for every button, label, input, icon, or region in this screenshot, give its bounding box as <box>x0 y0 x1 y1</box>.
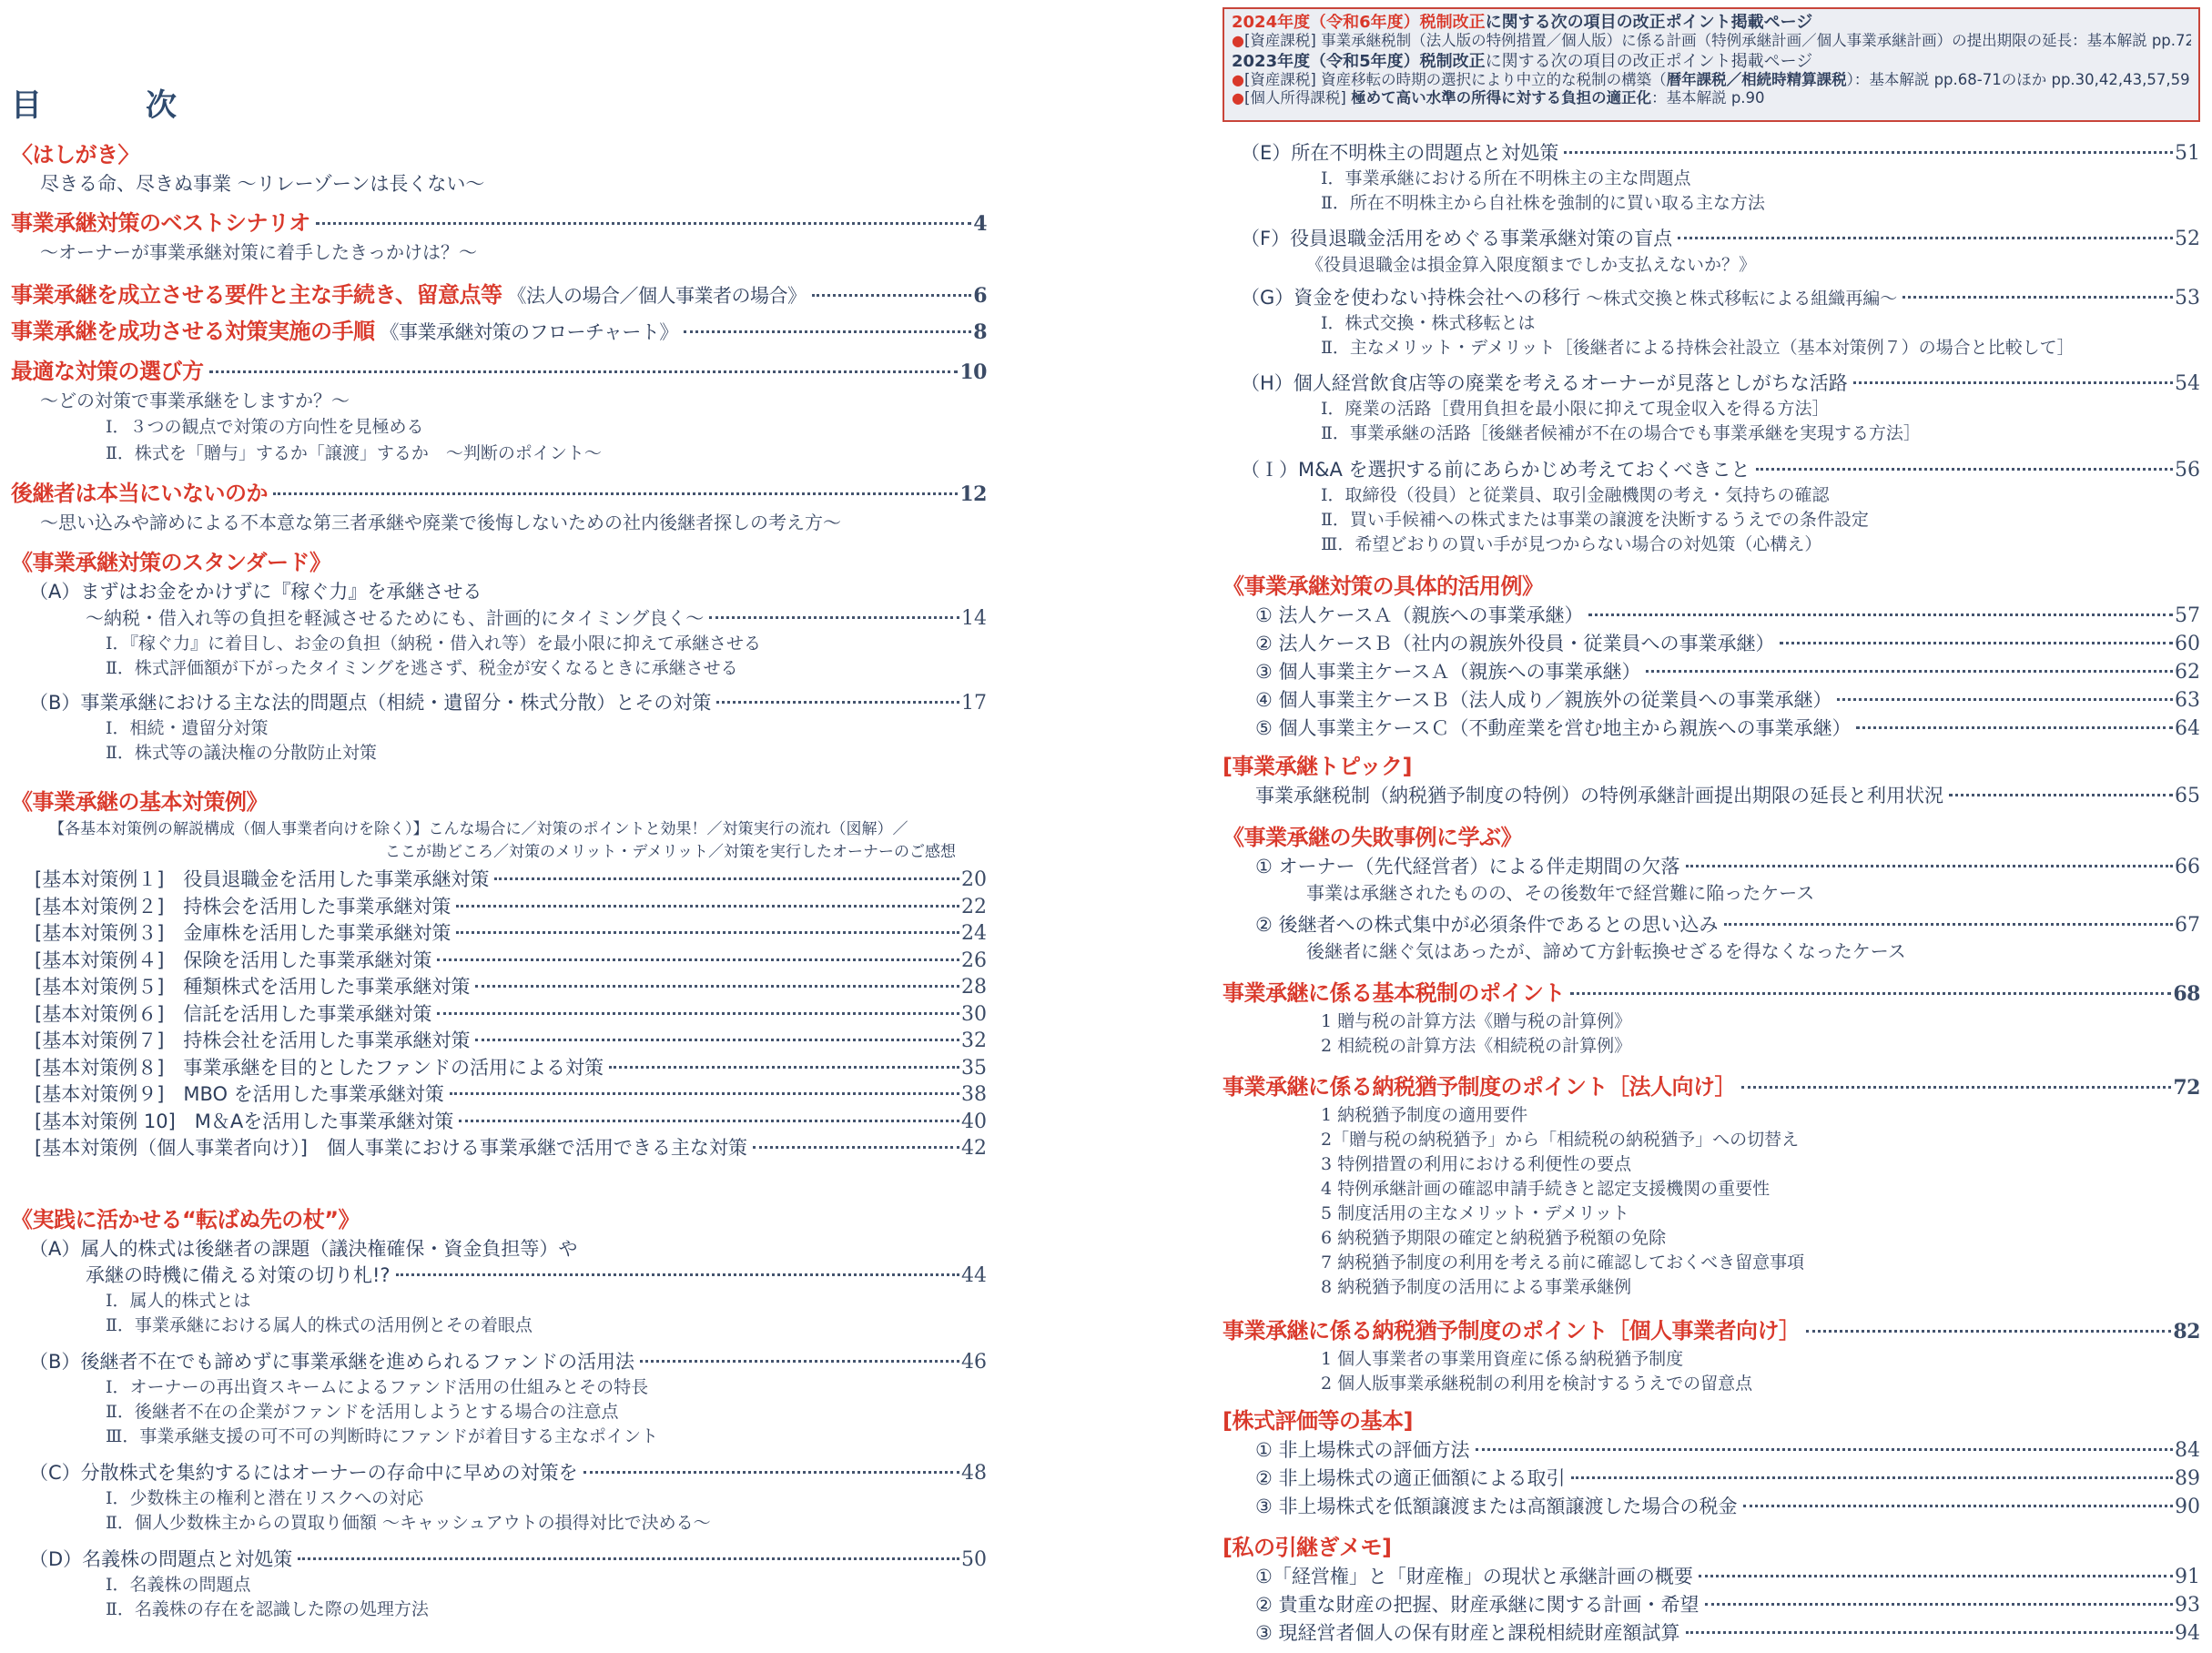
section-requirements: 事業承継を成立させる要件と主な手続き、留意点等《法人の場合／個人事業者の場合》 … <box>11 279 987 311</box>
sub-item: Ⅱ．株式等の議決権の分散防止対策 <box>11 741 987 766</box>
notice-2023-item: ●[資産課税] 資産移転の時期の選択により中立的な税制の構築（暦年課税／相続時精… <box>1232 71 2191 89</box>
page-number: 62 <box>2175 659 2200 685</box>
section-standard: 《事業承継対策のスタンダード》 （A）まずはお金をかけずに『稼ぐ力』を承継させる… <box>11 546 987 766</box>
sub-item: Ⅰ．株式交換・株式移転とは <box>1223 311 2200 336</box>
sub-item: Ⅱ．所在不明株主から自社株を強制的に買い取る主な方法 <box>1223 191 2200 216</box>
section-heading: 《事業承継の基本対策例》 <box>11 786 987 818</box>
toc-entry[interactable]: [基本対策例２] 持株会を活用した事業承継対策22 <box>11 894 987 921</box>
sub-item: Ⅰ．『稼ぐ力』に着目し、お金の負担（納税・借入れ等）を最小限に抑えて承継させる <box>11 632 987 656</box>
toc-entry[interactable]: 承継の時機に備える対策の切り札!? 44 <box>11 1263 987 1289</box>
toc-entry[interactable]: [基本対策例９] MBO を活用した事業承継対策38 <box>11 1081 987 1109</box>
sub-item: Ⅱ．名義株の存在を認識した際の処理方法 <box>11 1597 987 1622</box>
page-number: 28 <box>961 974 987 1000</box>
page-number: 35 <box>961 1055 987 1081</box>
structure-note: 【各基本対策例の解説構成（個人事業者向けを除く）】こんな場合に／対策のポイントと… <box>11 818 987 841</box>
page-number: 94 <box>2175 1620 2200 1647</box>
dot-leader <box>1743 1505 2174 1507</box>
page-number: 65 <box>2175 783 2200 809</box>
toc-entry[interactable]: [基本対策例（個人事業者向け）] 個人事業における事業承継で活用できる主な対策4… <box>11 1135 987 1162</box>
page-number: 93 <box>2175 1592 2200 1618</box>
section-topic: [事業承継トピック] 事業承継税制（納税猶予制度の特例）の特例承継計画提出期限の… <box>1223 750 2200 809</box>
toc-entry[interactable]: ①「経営権」と「財産権」の現状と承継計画の概要91 <box>1223 1564 2200 1592</box>
page-number: 42 <box>961 1135 987 1161</box>
section-valuation: [株式評価等の基本] ① 非上場株式の評価方法84 ② 非上場株式の適正価額によ… <box>1223 1405 2200 1522</box>
tax-reform-notice-box: 2024年度（令和6年度）税制改正に関する次の項目の改正ポイント掲載ページ ●[… <box>1223 7 2200 122</box>
page-number: 56 <box>2175 457 2200 483</box>
sub-item: 2「贈与税の納税猶予」から「相続税の納税猶予」への切替え <box>1223 1128 2200 1152</box>
page-number: 63 <box>2175 687 2200 714</box>
dot-leader <box>1686 865 2174 867</box>
bullet-icon: ● <box>1232 89 1244 106</box>
page-number: 6 <box>973 279 987 312</box>
sub-item: Ⅰ．３つの観点で対策の方向性を見極める <box>11 414 987 441</box>
sub-item: Ⅰ．名義株の問題点 <box>11 1573 987 1597</box>
toc-entry[interactable]: ① 非上場株式の評価方法84 <box>1223 1437 2200 1465</box>
toc-entry-label: （A）属人的株式は後継者の課題（議決権確保・資金負担等）や <box>11 1236 987 1263</box>
dot-leader <box>709 616 959 619</box>
dot-leader <box>475 1039 959 1041</box>
dot-leader <box>609 1066 959 1069</box>
section-best-scenario: 事業承継対策のベストシナリオ 4 ～オーナーが事業承継対策に着手したきっかけは？… <box>11 207 987 266</box>
toc-entry[interactable]: 事業承継対策のベストシナリオ 4 <box>11 207 987 239</box>
section-preface: 〈はしがき〉 尽きる命、尽きぬ事業 ～リレーゾーンは長くない～ <box>11 138 987 198</box>
section-choose: 最適な対策の選び方 10 ～どの対策で事業承継をしますか？～ Ⅰ．３つの観点で対… <box>11 355 987 467</box>
bullet-icon: ● <box>1232 32 1244 49</box>
toc-entry[interactable]: ① 法人ケースＡ（親族への事業承継）57 <box>1223 603 2200 631</box>
page-number: 22 <box>961 894 987 920</box>
section-heading: 《実践に活かせる“転ばぬ先の杖”》 <box>11 1203 987 1236</box>
dot-leader <box>437 958 959 961</box>
page-number: 68 <box>2173 978 2200 1010</box>
section-deferral-corporate: 事業承継に係る納税猶予制度のポイント［法人向け］72 1 納税猶予制度の適用要件… <box>1223 1070 2200 1300</box>
section-failure: 《事業承継の失敗事例に学ぶ》 ① オーナー（先代経営者）による伴走期間の欠落66… <box>1223 821 2200 965</box>
section-memo: [私の引継ぎメモ] ①「経営権」と「財産権」の現状と承継計画の概要91 ② 貴重… <box>1223 1531 2200 1648</box>
page-number: 17 <box>961 690 987 716</box>
toc-entry[interactable]: [基本対策例７] 持株会社を活用した事業承継対策32 <box>11 1028 987 1055</box>
section-deferral-individual: 事業承継に係る納税猶予制度のポイント［個人事業者向け］82 1 個人事業者の事業… <box>1223 1314 2200 1396</box>
page-number: 50 <box>961 1547 987 1573</box>
dot-leader <box>1686 1631 2174 1634</box>
dot-leader <box>1853 381 2173 384</box>
dot-leader <box>437 1012 959 1015</box>
dot-leader <box>812 294 972 297</box>
toc-entry[interactable]: [基本対策例５] 種類株式を活用した事業承継対策28 <box>11 974 987 1001</box>
page-number: 82 <box>2173 1315 2200 1348</box>
preface-link[interactable]: 〈はしがき〉 <box>11 138 987 171</box>
page-number: 67 <box>2175 912 2200 938</box>
sub-item: 1 個人事業者の事業用資産に係る納税猶予制度 <box>1223 1347 2200 1372</box>
structure-note: ここが勘どころ／対策のメリット・デメリット／対策を実行したオーナーのご感想 <box>11 841 987 864</box>
dot-leader <box>316 222 971 225</box>
dot-leader <box>583 1471 959 1474</box>
toc-entry[interactable]: [基本対策例８] 事業承継を目的としたファンドの活用による対策35 <box>11 1055 987 1082</box>
dot-leader <box>494 877 959 880</box>
dot-leader <box>1646 670 2173 673</box>
dot-leader <box>1856 726 2173 729</box>
sub-item: Ⅱ．個人少数株主からの買取り価額 ～キャッシュアウトの損得対比で決める～ <box>11 1511 987 1536</box>
toc-entry[interactable]: ③ 非上場株式を低額譲渡または高額譲渡した場合の税金90 <box>1223 1494 2200 1522</box>
page-number: 53 <box>2175 285 2200 311</box>
dot-leader <box>1705 1603 2174 1606</box>
section-successor: 後継者は本当にいないのか 12 ～思い込みや諦めによる不本意な第三者承継や廃業で… <box>11 477 987 536</box>
page-number: 10 <box>959 356 987 389</box>
dot-leader <box>475 985 959 988</box>
toc-entry[interactable]: （Ｉ）M&A を選択する前にあらかじめ考えておくべきこと56 <box>1223 457 2200 483</box>
sub-item: 4 特例承継計画の確認申請手続きと認定支援機関の重要性 <box>1223 1177 2200 1202</box>
section-heading: 《事業承継対策のスタンダード》 <box>11 546 987 579</box>
dot-leader <box>209 370 959 373</box>
toc-entry[interactable]: 最適な対策の選び方 10 <box>11 355 987 388</box>
dot-leader <box>1564 151 2173 154</box>
section-cases: 《事業承継対策の具体的活用例》 ① 法人ケースＡ（親族への事業承継）57 ② 法… <box>1223 570 2200 744</box>
dot-leader <box>716 701 959 704</box>
basic-example-list: [基本対策例１] 役員退職金を活用した事業承継対策20 [基本対策例２] 持株会… <box>11 867 987 1162</box>
page-number: 32 <box>961 1028 987 1054</box>
page-number: 44 <box>961 1263 987 1289</box>
section-g: （G）資金を使わない持株会社への移行～株式交換と株式移転による組織再編～53 Ⅰ… <box>1223 285 2200 360</box>
page-number: 64 <box>2175 715 2200 742</box>
page-number: 91 <box>2175 1564 2200 1590</box>
page-number: 52 <box>2175 226 2200 252</box>
toc-entry[interactable]: 後継者は本当にいないのか 12 <box>11 477 987 510</box>
page-number: 26 <box>961 948 987 974</box>
toc-entry[interactable]: [基本対策例６] 信託を活用した事業承継対策30 <box>11 1001 987 1029</box>
sub-item: 6 納税猶予期限の確定と納税猶予税額の免除 <box>1223 1226 2200 1251</box>
page-number: 8 <box>973 316 987 349</box>
toc-entry[interactable]: ⑤ 個人事業主ケースＣ（不動産業を営む地主から親族への事業承継）64 <box>1223 715 2200 744</box>
sub-item: 2 相続税の計算方法《相続税の計算例》 <box>1223 1034 2200 1059</box>
sub-item: Ⅰ．相続・遺留分対策 <box>11 716 987 741</box>
section-heading: 《事業承継の失敗事例に学ぶ》 <box>1223 821 2200 854</box>
dot-leader <box>1476 1448 2173 1451</box>
sub-item: Ⅱ．株式を「贈与」するか「譲渡」するか ～判断のポイント～ <box>11 441 987 467</box>
sub-item: Ⅰ．属人的株式とは <box>11 1289 987 1313</box>
section-procedure: 事業承継を成功させる対策実施の手順《事業承継対策のフローチャート》 8 <box>11 315 987 348</box>
sub-item: 5 制度活用の主なメリット・デメリット <box>1223 1202 2200 1226</box>
page-number: 54 <box>2175 370 2200 397</box>
section-e: （E）所在不明株主の問題点と対処策51 Ⅰ．事業承継における所在不明株主の主な問… <box>1223 140 2200 216</box>
page-number: 46 <box>961 1349 987 1375</box>
toc-entry[interactable]: （D）名義株の問題点と対処策 50 <box>11 1547 987 1573</box>
dot-leader <box>1678 237 2173 239</box>
section-heading: [株式評価等の基本] <box>1223 1405 2200 1437</box>
page-number: 24 <box>961 920 987 947</box>
toc-entry[interactable]: 事業承継を成立させる要件と主な手続き、留意点等《法人の場合／個人事業者の場合》 … <box>11 279 987 311</box>
page-number: 66 <box>2175 854 2200 880</box>
page-number: 40 <box>961 1109 987 1135</box>
sub-item: Ⅱ．買い手候補への株式または事業の譲渡を決断するうえでの条件設定 <box>1223 508 2200 532</box>
sub-item: 8 納税猶予制度の活用による事業承継例 <box>1223 1275 2200 1300</box>
page-number: 20 <box>961 867 987 893</box>
sub-item: Ⅱ．後継者不在の企業がファンドを活用しようとする場合の注意点 <box>11 1400 987 1425</box>
section-tax-basic: 事業承継に係る基本税制のポイント68 1 贈与税の計算方法《贈与税の計算例》 2… <box>1223 977 2200 1059</box>
dot-leader <box>1837 698 2173 701</box>
toc-entry[interactable]: （H）個人経営飲食店等の廃業を考えるオーナーが見落としがちな活路54 <box>1223 370 2200 397</box>
page-number: 84 <box>2175 1437 2200 1464</box>
page-number: 90 <box>2175 1494 2200 1520</box>
section-f: （F）役員退職金活用をめぐる事業承継対策の盲点52 《役員退職金は損金算入限度額… <box>1223 226 2200 279</box>
page-number: 14 <box>961 605 987 632</box>
dot-leader <box>1949 794 2173 796</box>
notice-2024-item: ●[資産課税] 事業承継税制（法人版の特例措置／個人版）に係る計画（特例承継計画… <box>1232 32 2191 50</box>
sub-item: 7 納税猶予制度の利用を考える前に確認しておくべき留意事項 <box>1223 1251 2200 1275</box>
toc-entry[interactable]: ② 貴重な財産の把握、財産承継に関する計画・希望93 <box>1223 1592 2200 1620</box>
sub-item: Ⅲ．事業承継支援の可不可の判断時にファンドが着目する主なポイント <box>11 1425 987 1449</box>
dot-leader <box>459 1120 959 1122</box>
sub-item: Ⅰ．廃業の活路［費用負担を最小限に抑えて現金収入を得る方法］ <box>1223 397 2200 421</box>
sub-item: Ⅰ．事業承継における所在不明株主の主な問題点 <box>1223 167 2200 191</box>
toc-entry[interactable]: 事業承継に係る納税猶予制度のポイント［個人事業者向け］82 <box>1223 1314 2200 1347</box>
toc-entry[interactable]: ～納税・借入れ等の負担を軽減させるためにも、計画的にタイミング良く～ 14 <box>11 605 987 632</box>
toc-entry[interactable]: [基本対策例４] 保険を活用した事業承継対策26 <box>11 948 987 975</box>
page-number: 38 <box>961 1081 987 1108</box>
sub-item: Ⅰ．取締役（役員）と従業員、取引金融機関の考え・気持ちの確認 <box>1223 483 2200 508</box>
dot-leader <box>753 1146 959 1149</box>
dot-leader <box>298 1557 959 1560</box>
toc-entry[interactable]: ④ 個人事業主ケースＢ（法人成り／親族外の従業員への事業承継）63 <box>1223 687 2200 715</box>
toc-entry[interactable]: （B）後継者不在でも諦めずに事業承継を進められるファンドの活用法 46 <box>11 1349 987 1375</box>
dot-leader <box>1780 642 2173 644</box>
sub-item: 2 個人版事業承継税制の利用を検討するうえでの留意点 <box>1223 1372 2200 1396</box>
toc-entry[interactable]: （E）所在不明株主の問題点と対処策51 <box>1223 140 2200 167</box>
section-i: （Ｉ）M&A を選択する前にあらかじめ考えておくべきこと56 Ⅰ．取締役（役員）… <box>1223 457 2200 557</box>
sub-item: Ⅲ．希望どおりの買い手が見つからない場合の対処策（心構え） <box>1223 532 2200 557</box>
dot-leader <box>396 1273 959 1276</box>
toc-entry[interactable]: ③ 個人事業主ケースＡ（親族への事業承継）62 <box>1223 659 2200 687</box>
toc-entry[interactable]: （C）分散株式を集約するにはオーナーの存命中に早めの対策を 48 <box>11 1460 987 1486</box>
dot-leader <box>1806 1330 2172 1333</box>
dot-leader <box>450 1092 959 1095</box>
toc-entry[interactable]: 事業承継に係る基本税制のポイント68 <box>1223 977 2200 1009</box>
sub-item: Ⅱ．主なメリット・デメリット［後継者による持株会社設立（基本対策例７）の場合と比… <box>1223 336 2200 360</box>
toc-entry[interactable]: ③ 現経営者個人の保有財産と課税相続財産額試算94 <box>1223 1620 2200 1648</box>
toc-entry[interactable]: ① オーナー（先代経営者）による伴走期間の欠落66 <box>1223 854 2200 880</box>
section-h: （H）個人経営飲食店等の廃業を考えるオーナーが見落としがちな活路54 Ⅰ．廃業の… <box>1223 370 2200 446</box>
toc-entry[interactable]: [基本対策例３] 金庫株を活用した事業承継対策24 <box>11 920 987 948</box>
sub-item: Ⅱ．事業承継における属人的株式の活用例とその着眼点 <box>11 1313 987 1338</box>
dot-leader <box>1724 923 2174 926</box>
dot-leader <box>456 905 959 908</box>
dot-leader <box>684 330 971 333</box>
toc-entry[interactable]: [基本対策例１] 役員退職金を活用した事業承継対策20 <box>11 867 987 894</box>
toc-entry[interactable]: （G）資金を使わない持株会社への移行～株式交換と株式移転による組織再編～53 <box>1223 285 2200 311</box>
dot-leader <box>273 492 958 495</box>
sub-item: Ⅱ．事業承継の活路［後継者候補が不在の場合でも事業承継を実現する方法］ <box>1223 421 2200 446</box>
dot-leader <box>640 1360 959 1363</box>
sub-item: 1 贈与税の計算方法《贈与税の計算例》 <box>1223 1009 2200 1034</box>
toc-entry[interactable]: ② 非上場株式の適正価額による取引89 <box>1223 1465 2200 1494</box>
page-number: 48 <box>961 1460 987 1486</box>
page-number: 60 <box>2175 631 2200 657</box>
sub-item: Ⅱ．株式評価額が下がったタイミングを逃さず、税金が安くなるときに承継させる <box>11 656 987 681</box>
page-number: 57 <box>2175 603 2200 629</box>
section-heading: [事業承継トピック] <box>1223 750 2200 783</box>
page-number: 51 <box>2175 140 2200 167</box>
dot-leader <box>1756 468 2173 471</box>
bullet-icon: ● <box>1232 71 1244 88</box>
section-practice: 《実践に活かせる“転ばぬ先の杖”》 （A）属人的株式は後継者の課題（議決権確保・… <box>11 1203 987 1622</box>
section-heading: 《事業承継対策の具体的活用例》 <box>1223 570 2200 603</box>
dot-leader <box>1588 614 2173 616</box>
dot-leader <box>1903 296 2173 299</box>
page-title: 目 次 <box>11 80 213 125</box>
toc-entry[interactable]: （F）役員退職金活用をめぐる事業承継対策の盲点52 <box>1223 226 2200 252</box>
page-number: 4 <box>973 208 987 240</box>
section-heading: [私の引継ぎメモ] <box>1223 1531 2200 1564</box>
notice-2023-item: ●[個人所得課税] 極めて高い水準の所得に対する負担の適正化：基本解説 p.90 <box>1232 89 2191 107</box>
toc-entry[interactable]: 事業承継に係る納税猶予制度のポイント［法人向け］72 <box>1223 1070 2200 1103</box>
page-number: 12 <box>959 478 987 511</box>
sub-item: Ⅰ．少数株主の権利と潜在リスクへの対応 <box>11 1486 987 1511</box>
toc-entry[interactable]: ② 後継者への株式集中が必須条件であるとの思い込み67 <box>1223 912 2200 938</box>
page-number: 72 <box>2173 1071 2200 1104</box>
notice-2023-heading: 2023年度（令和5年度）税制改正に関する次の項目の改正ポイント掲載ページ <box>1232 53 2191 71</box>
sub-item: Ⅰ．オーナーの再出資スキームによるファンド活用の仕組みとその特長 <box>11 1375 987 1400</box>
page-number: 89 <box>2175 1465 2200 1492</box>
toc-entry-label: （A）まずはお金をかけずに『稼ぐ力』を承継させる <box>11 579 987 605</box>
sub-item: 3 特例措置の利用における利便性の要点 <box>1223 1152 2200 1177</box>
dot-leader <box>1571 1476 2173 1479</box>
page-number: 30 <box>961 1001 987 1028</box>
notice-2024-heading: 2024年度（令和6年度）税制改正に関する次の項目の改正ポイント掲載ページ <box>1232 14 2191 32</box>
dot-leader <box>456 931 959 934</box>
sub-item: 1 納税猶予制度の適用要件 <box>1223 1103 2200 1128</box>
dot-leader <box>1741 1086 2171 1089</box>
toc-entry[interactable]: ② 法人ケースＢ（社内の親族外役員・従業員への事業承継）60 <box>1223 631 2200 659</box>
dot-leader <box>1699 1575 2173 1577</box>
section-basic-examples: 《事業承継の基本対策例》 【各基本対策例の解説構成（個人事業者向けを除く）】こん… <box>11 786 987 1162</box>
toc-entry[interactable]: 事業承継税制（納税猶予制度の特例）の特例承継計画提出期限の延長と利用状況65 <box>1223 783 2200 809</box>
dot-leader <box>1570 992 2171 995</box>
toc-entry[interactable]: （B）事業承継における主な法的問題点（相続・遺留分・株式分散）とその対策 17 <box>11 690 987 716</box>
toc-entry[interactable]: [基本対策例 10] M＆Aを活用した事業承継対策40 <box>11 1109 987 1136</box>
toc-entry[interactable]: 事業承継を成功させる対策実施の手順《事業承継対策のフローチャート》 8 <box>11 315 987 348</box>
